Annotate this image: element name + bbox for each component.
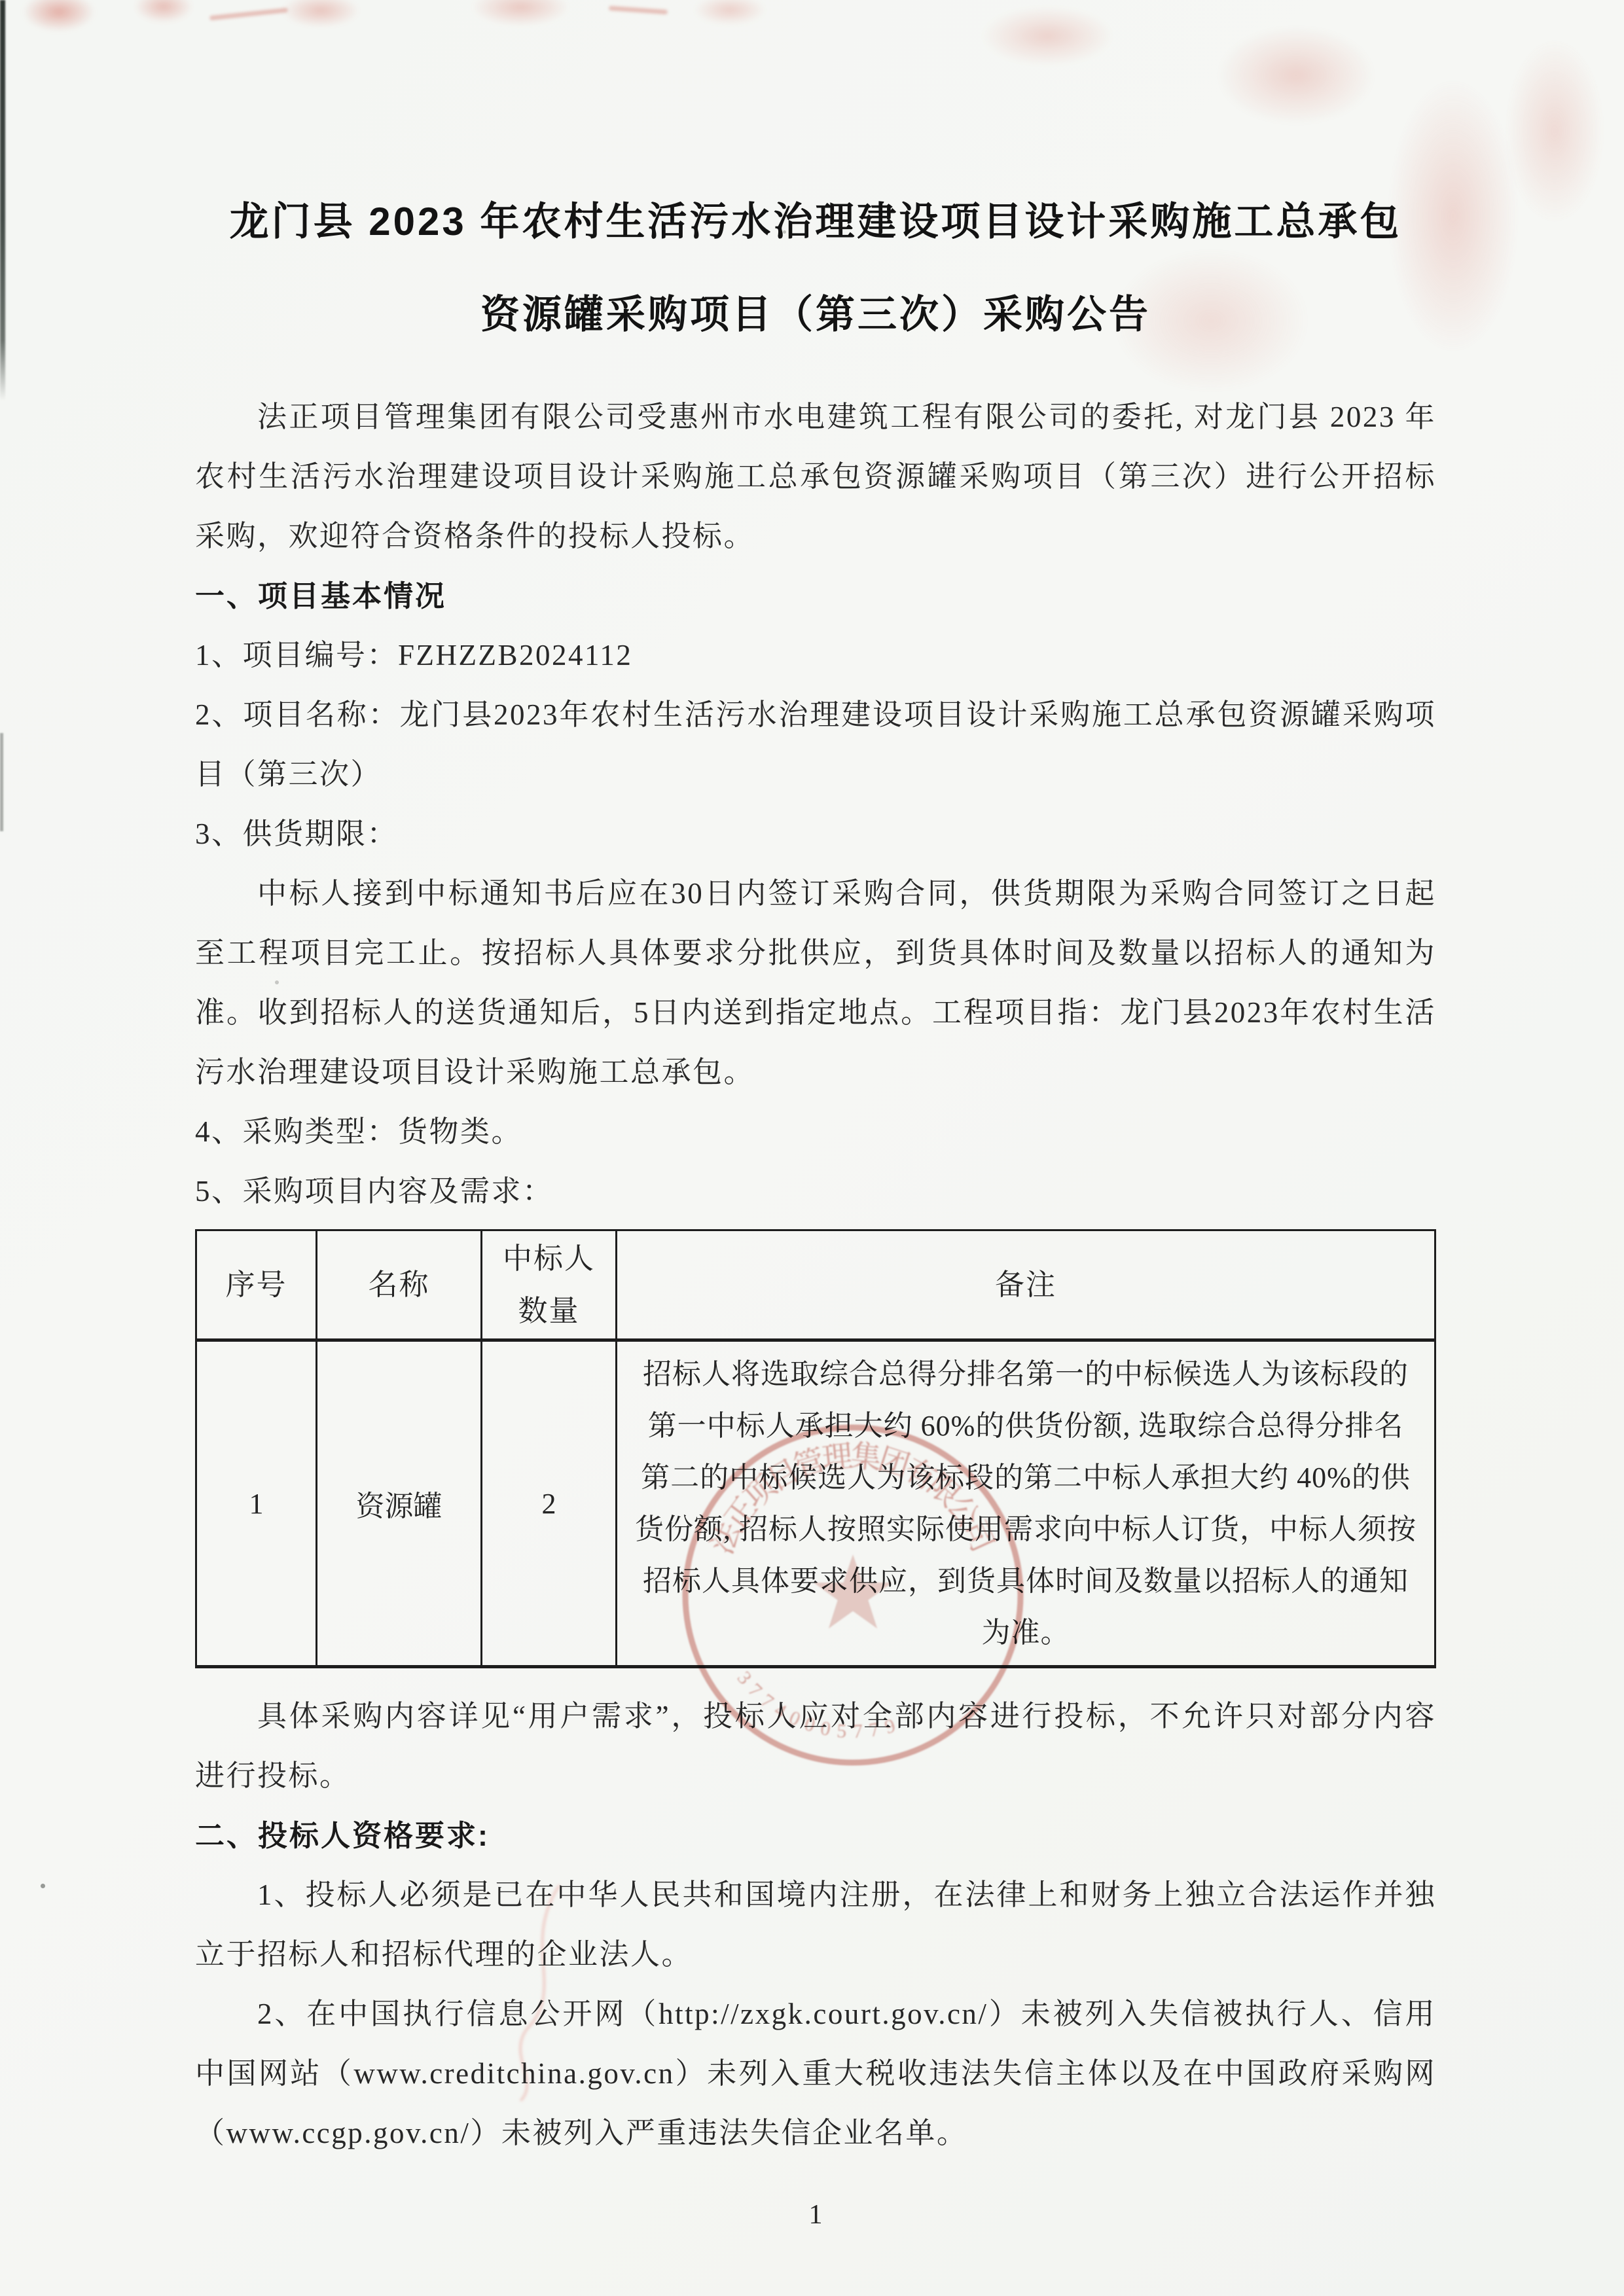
item-supply-period: 3、供货期限： (195, 804, 1436, 864)
after-table-paragraph: 具体采购内容详见“用户需求”，投标人应对全部内容进行投标，不允许只对部分内容进行… (195, 1687, 1436, 1806)
cell-seq: 1 (196, 1340, 317, 1667)
section1-heading: 一、项目基本情况 (195, 566, 1436, 626)
scan-speck (41, 1884, 45, 1888)
intro-paragraph: 法正项目管理集团有限公司受惠州市水电建筑工程有限公司的委托, 对龙门县 2023… (195, 387, 1436, 566)
red-bleedthrough-mark (471, 0, 569, 26)
col-header-winner-count: 中标人 数量 (482, 1230, 617, 1340)
qualification-item-2: 2、在中国执行信息公开网（http://zxgk.court.gov.cn/）未… (195, 1984, 1436, 2163)
procurement-items-table: 序号 名称 中标人 数量 备注 1 资源罐 2 招标人将选取综合总得分排名第一的… (195, 1229, 1436, 1668)
table-header-row: 序号 名称 中标人 数量 备注 (196, 1230, 1435, 1340)
document-title: 龙门县 2023 年农村生活污水治理建设项目设计采购施工总承包 资源罐采购项目（… (195, 175, 1436, 361)
item-project-number: 1、项目编号：FZHZZB2024112 (195, 626, 1436, 685)
col-header-remark: 备注 (617, 1230, 1435, 1340)
item-project-name: 2、项目名称：龙门县2023年农村生活污水治理建设项目设计采购施工总承包资源罐采… (195, 685, 1436, 804)
red-bleedthrough-stroke (609, 6, 668, 14)
col-header-seq: 序号 (196, 1230, 317, 1340)
scan-edge-tick (0, 733, 3, 831)
cell-remark: 招标人将选取综合总得分排名第一的中标候选人为该标段的第一中标人承担大约 60%的… (617, 1340, 1435, 1667)
red-bleedthrough-mark (281, 0, 360, 27)
item-content-and-demand: 5、采购项目内容及需求： (195, 1162, 1436, 1221)
red-bleedthrough-mark (23, 0, 95, 31)
page-number: 1 (195, 2199, 1436, 2231)
item-procurement-type: 4、采购类型：货物类。 (195, 1102, 1436, 1162)
red-bleedthrough-stroke (209, 8, 288, 21)
document-body: 龙门县 2023 年农村生活污水治理建设项目设计采购施工总承包 资源罐采购项目（… (195, 175, 1436, 2231)
red-bleedthrough-mark (982, 7, 1113, 65)
red-bleedthrough-mark (694, 0, 766, 25)
title-line-1: 龙门县 2023 年农村生活污水治理建设项目设计采购施工总承包 (195, 175, 1436, 268)
supply-period-paragraph: 中标人接到中标通知书后应在30日内签订采购合同，供货期限为采购合同签订之日起至工… (195, 864, 1436, 1102)
red-bleedthrough-mark (1506, 39, 1604, 223)
section2-heading: 二、投标人资格要求: (195, 1806, 1436, 1865)
cell-winner-count: 2 (482, 1340, 617, 1667)
title-line-2: 资源罐采购项目（第三次）采购公告 (195, 268, 1436, 361)
col-header-name: 名称 (317, 1230, 482, 1340)
red-bleedthrough-mark (1218, 26, 1375, 124)
table-row: 1 资源罐 2 招标人将选取综合总得分排名第一的中标候选人为该标段的第一中标人承… (196, 1340, 1435, 1667)
scanned-document-page: 龙门县 2023 年农村生活污水治理建设项目设计采购施工总承包 资源罐采购项目（… (0, 0, 1624, 2296)
cell-name: 资源罐 (317, 1340, 482, 1667)
red-bleedthrough-mark (134, 0, 193, 23)
qualification-item-1: 1、投标人必须是已在中华人民共和国境内注册，在法律上和财务上独立合法运作并独立于… (195, 1865, 1436, 1984)
scan-edge-artifact (0, 0, 5, 401)
